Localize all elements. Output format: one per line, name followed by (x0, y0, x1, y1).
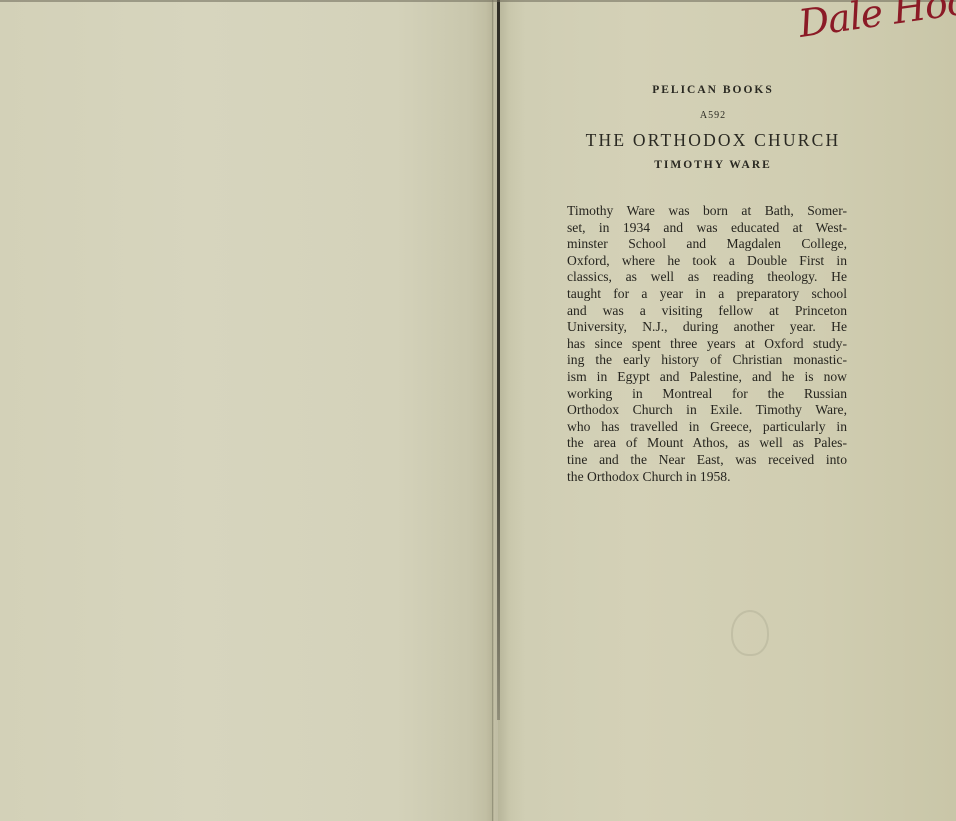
bio-line: Timothy Ware was born at Bath, Somer- (567, 203, 847, 220)
book-gutter (497, 0, 500, 720)
pelican-logo-icon (731, 610, 769, 656)
bio-line: Orthodox Church in Exile. Timothy Ware, (567, 402, 847, 419)
author-biography: Timothy Ware was born at Bath, Somer- se… (567, 203, 847, 485)
bio-line: has since spent three years at Oxford st… (567, 336, 847, 353)
bio-line: and was a visiting fellow at Princeton (567, 303, 847, 320)
series-name: PELICAN BOOKS (558, 84, 868, 96)
bio-line: ing the early history of Christian monas… (567, 352, 847, 369)
bio-line: ism in Egypt and Palestine, and he is no… (567, 369, 847, 386)
bio-line: University, N.J., during another year. H… (567, 319, 847, 336)
bio-line: Oxford, where he took a Double First in (567, 253, 847, 270)
bio-line: minster School and Magdalen College, (567, 236, 847, 253)
bio-line: the area of Mount Athos, as well as Pale… (567, 435, 847, 452)
book-spread: Dale Hook PELICAN BOOKS A592 THE ORTHODO… (0, 0, 956, 821)
left-page (0, 0, 494, 821)
bio-line: classics, as well as reading theology. H… (567, 269, 847, 286)
reverse-page-showthrough (640, 610, 860, 740)
book-title: THE ORTHODOX CHURCH (558, 130, 868, 151)
bio-line: set, in 1934 and was educated at West- (567, 220, 847, 237)
series-number: A592 (558, 110, 868, 121)
bio-line: the Orthodox Church in 1958. (567, 469, 847, 486)
bio-line: tine and the Near East, was received int… (567, 452, 847, 469)
bio-line: taught for a year in a preparatory schoo… (567, 286, 847, 303)
left-page-edge (492, 0, 493, 821)
book-author: TIMOTHY WARE (558, 159, 868, 171)
bio-line: who has travelled in Greece, particularl… (567, 419, 847, 436)
bio-line: working in Montreal for the Russian (567, 386, 847, 403)
